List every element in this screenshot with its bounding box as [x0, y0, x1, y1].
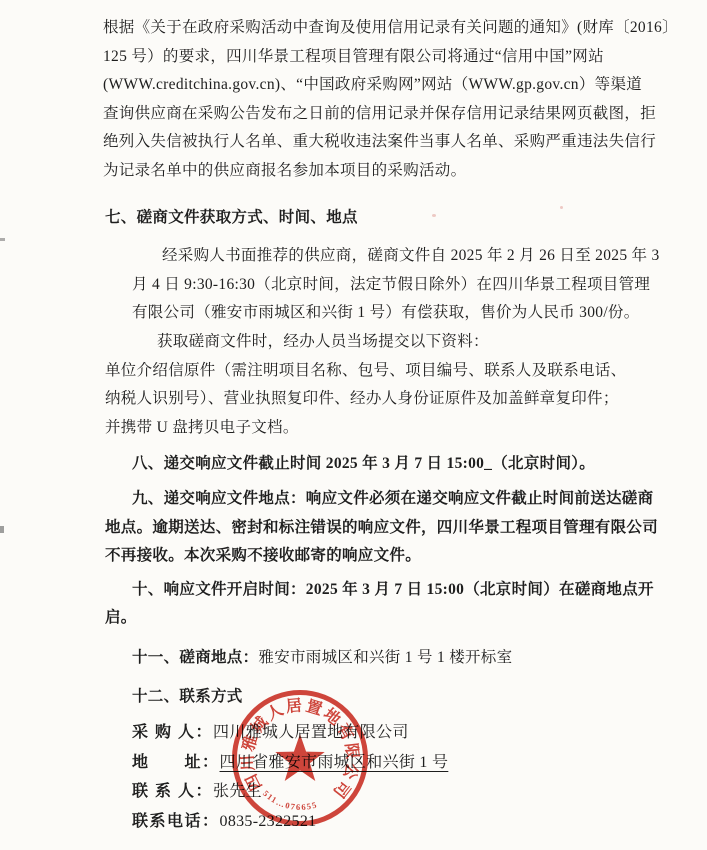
text-line: 获取磋商文件时，经办人员当场提交以下资料： — [157, 328, 633, 357]
text-line: (WWW.creditchina.gov.cn)、“中国政府采购网”网站（WWW… — [103, 71, 633, 100]
section-7-heading: 七、磋商文件获取方式、时间、地点 — [105, 204, 633, 233]
scan-artifact — [0, 238, 5, 241]
contact-row-phone: 联系电话：0835-2322521 — [132, 807, 633, 837]
contact-value: 四川省雅安市雨城区和兴街 1 号 — [220, 754, 449, 771]
scan-speck — [560, 206, 563, 209]
section-11-label: 十一、磋商地点： — [132, 649, 258, 666]
section-12-heading: 十二、联系方式 — [132, 683, 633, 712]
contact-value: 张先生 — [213, 783, 262, 800]
contact-label: 联系电话： — [132, 813, 220, 830]
contact-row-address: 地 址：四川省雅安市雨城区和兴街 1 号 — [132, 748, 633, 778]
text-line: 不再接收。本次采购不接收邮寄的响应文件。 — [105, 542, 633, 571]
text-line: 纳税人识别号）、营业执照复印件、经办人身份证原件及加盖鲜章复印件； — [105, 385, 633, 414]
intro-paragraph: 根据《关于在政府采购活动中查询及使用信用记录有关问题的通知》(财库〔2016〕 … — [103, 14, 633, 186]
contact-label: 地 址： — [132, 754, 220, 771]
contact-value: 四川雅城人居置地有限公司 — [213, 724, 409, 741]
contact-label: 采 购 人： — [132, 724, 213, 741]
text-line: 根据《关于在政府采购活动中查询及使用信用记录有关问题的通知》(财库〔2016〕 — [103, 14, 633, 43]
contact-row-purchaser: 采 购 人：四川雅城人居置地有限公司 — [132, 718, 633, 748]
document-content: 根据《关于在政府采购活动中查询及使用信用记录有关问题的通知》(财库〔2016〕 … — [103, 14, 633, 836]
document-page: 根据《关于在政府采购活动中查询及使用信用记录有关问题的通知》(财库〔2016〕 … — [0, 0, 707, 850]
text-line: 125 号）的要求，四川华景工程项目管理有限公司将通过“信用中国”网站 — [103, 43, 633, 72]
text-line: 十、响应文件开启时间：2025 年 3 月 7 日 15:00（北京时间）在磋商… — [132, 576, 633, 605]
contact-list: 采 购 人：四川雅城人居置地有限公司 地 址：四川省雅安市雨城区和兴街 1 号 … — [103, 718, 633, 836]
text-line: 有限公司（雅安市雨城区和兴街 1 号）有偿获取，售价为人民币 300/份。 — [132, 299, 633, 328]
scan-artifact — [0, 526, 4, 533]
text-line: 绝列入失信被执行人名单、重大税收违法案件当事人名单、采购严重违法失信行 — [103, 128, 633, 157]
text-line: 单位介绍信原件（需注明项目名称、包号、项目编号、联系人及联系电话、 — [105, 357, 633, 386]
section-8-line: 八、递交响应文件截止时间 2025 年 3 月 7 日 15:00_（北京时间）… — [132, 450, 633, 479]
scan-speck — [432, 214, 436, 217]
text-line: 经采购人书面推荐的供应商，磋商文件自 2025 年 2 月 26 日至 2025… — [162, 242, 633, 271]
contact-label: 联 系 人： — [132, 783, 213, 800]
text-line: 为记录名单中的供应商报名参加本项目的采购活动。 — [103, 157, 633, 186]
section-10-paragraph: 十、响应文件开启时间：2025 年 3 月 7 日 15:00（北京时间）在磋商… — [103, 576, 633, 633]
section-9-paragraph: 九、递交响应文件地点：响应文件必须在递交响应文件截止时间前送达磋商 地点。逾期送… — [103, 485, 633, 571]
section-11-value: 雅安市雨城区和兴街 1 号 1 楼开标室 — [258, 649, 512, 666]
contact-value: 0835-2322521 — [220, 813, 317, 830]
contact-row-person: 联 系 人：张先生 — [132, 777, 633, 807]
text-line: 启。 — [105, 604, 633, 633]
text-line: 月 4 日 9:30-16:30（北京时间，法定节假日除外）在四川华景工程项目管… — [132, 271, 633, 300]
text-line: 并携带 U 盘拷贝电子文档。 — [105, 414, 633, 443]
text-line: 地点。逾期送达、密封和标注错误的响应文件，四川华景工程项目管理有限公司 — [105, 514, 633, 543]
text-line: 九、递交响应文件地点：响应文件必须在递交响应文件截止时间前送达磋商 — [132, 485, 633, 514]
text-line: 查询供应商在采购公告发布之日前的信用记录并保存信用记录结果网页截图，拒 — [103, 100, 633, 129]
section-7-body: 经采购人书面推荐的供应商，磋商文件自 2025 年 2 月 26 日至 2025… — [103, 242, 633, 442]
section-11-line: 十一、磋商地点：雅安市雨城区和兴街 1 号 1 楼开标室 — [132, 644, 633, 673]
